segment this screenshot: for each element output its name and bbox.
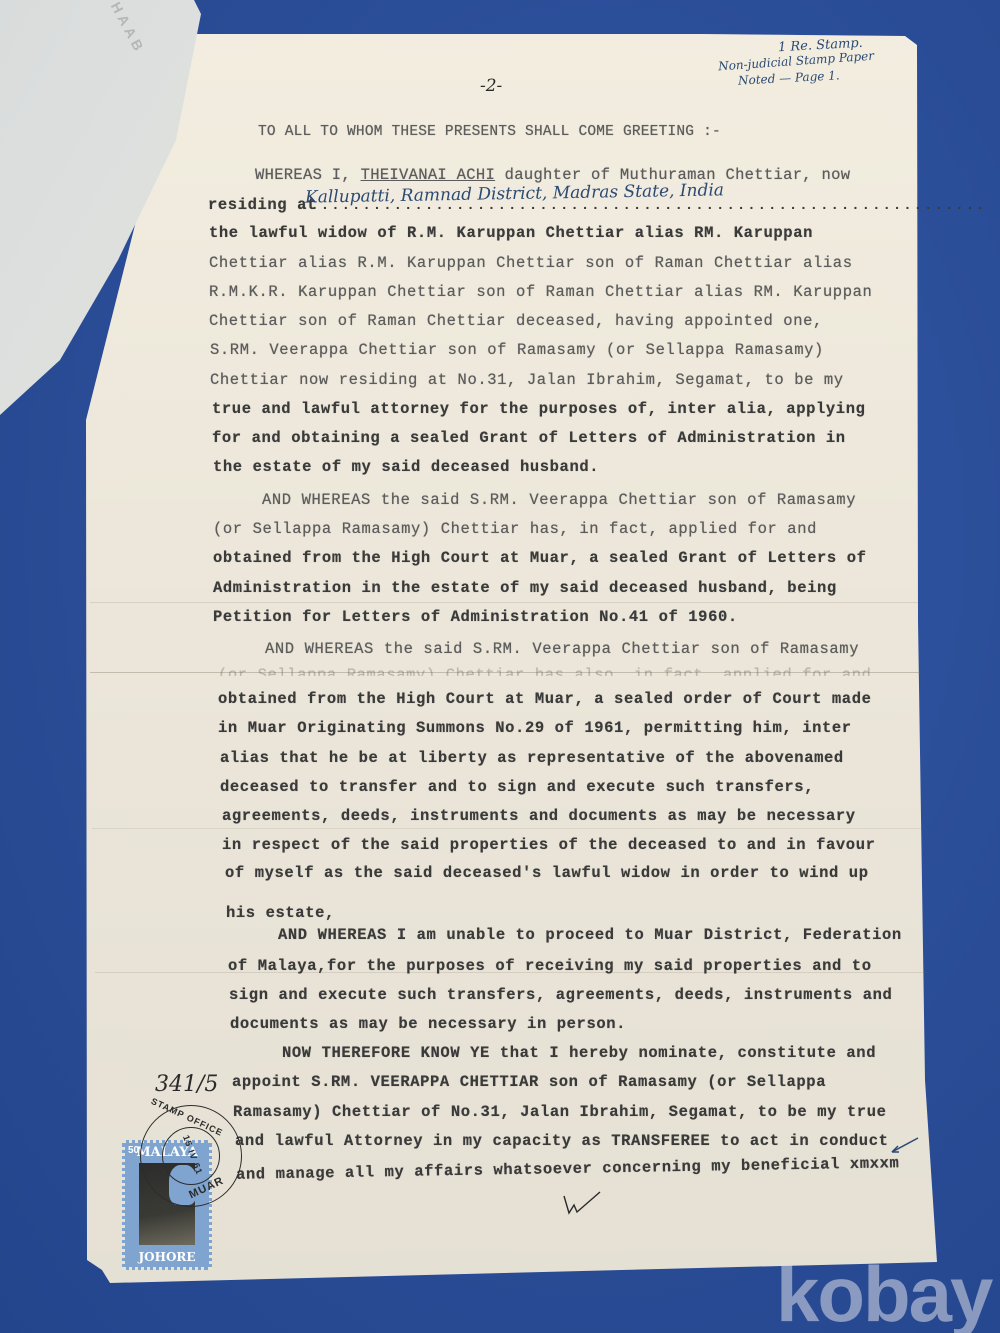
stamp-state: JOHORE [125, 1250, 209, 1264]
body-line: of Malaya,for the purposes of receiving … [228, 957, 872, 975]
body-line: obtained from the High Court at Muar, a … [218, 690, 872, 708]
body-line: documents as may be necessary in person. [230, 1015, 626, 1033]
body-line: appoint S.RM. VEERAPPA CHETTIAR son of R… [232, 1073, 826, 1091]
margin-arrow-mark [890, 1130, 930, 1160]
body-line: his estate, [226, 904, 335, 922]
body-line: in Muar Originating Summons No.29 of 196… [218, 719, 852, 737]
body-line: in respect of the said properties of the… [222, 836, 876, 854]
page-number: -2- [480, 76, 502, 96]
body-line: agreements, deeds, instruments and docum… [222, 807, 856, 825]
body-line: Chettiar alias R.M. Karuppan Chettiar so… [209, 254, 853, 272]
body-line: the estate of my said deceased husband. [213, 458, 599, 476]
body-line: deceased to transfer and to sign and exe… [220, 778, 814, 796]
recital-line: WHEREAS I, THEIVANAI ACHI daughter of Mu… [255, 166, 850, 184]
fold-crease [92, 828, 922, 829]
fold-crease [90, 602, 918, 603]
body-line: R.M.K.R. Karuppan Chettiar son of Raman … [209, 283, 872, 301]
body-line: true and lawful attorney for the purpose… [212, 400, 866, 418]
body-line: S.RM. Veerappa Chettiar son of Ramasamy … [210, 341, 824, 359]
body-line: obtained from the High Court at Muar, a … [213, 549, 867, 567]
body-line: AND WHEREAS the said S.RM. Veerappa Chet… [265, 640, 859, 658]
body-line: AND WHEREAS the said S.RM. Veerappa Chet… [262, 491, 856, 509]
kobay-watermark: kobay [776, 1255, 991, 1333]
body-line: of myself as the said deceased's lawful … [225, 864, 869, 882]
body-line: (or Sellappa Ramasamy) Chettiar has, in … [213, 520, 817, 538]
body-line: for and obtaining a sealed Grant of Lett… [212, 429, 846, 447]
handwritten-initial-mark [560, 1188, 610, 1223]
pencil-reference-number: 341/5 [155, 1072, 218, 1097]
body-line: Ramasamy) Chettiar of No.31, Jalan Ibrah… [233, 1103, 887, 1121]
grantor-name: THEIVANAI ACHI [361, 166, 495, 184]
body-line: sign and execute such transfers, agreeme… [229, 986, 892, 1004]
body-line: Chettiar now residing at No.31, Jalan Ib… [210, 371, 844, 389]
body-line: alias that he be at liberty as represent… [220, 749, 844, 767]
document-heading: TO ALL TO WHOM THESE PRESENTS SHALL COME… [258, 124, 721, 140]
body-line: Petition for Letters of Administration N… [213, 608, 738, 626]
body-line: Chettiar son of Raman Chettiar deceased,… [209, 312, 823, 330]
body-line: and lawful Attorney in my capacity as TR… [235, 1132, 889, 1150]
recital-opening: WHEREAS I, [255, 166, 361, 184]
body-line: the lawful widow of R.M. Karuppan Chetti… [209, 224, 813, 242]
body-line: NOW THEREFORE KNOW YE that I hereby nomi… [282, 1044, 876, 1062]
body-line: Administration in the estate of my said … [213, 579, 837, 597]
body-line: AND WHEREAS I am unable to proceed to Mu… [278, 926, 902, 944]
